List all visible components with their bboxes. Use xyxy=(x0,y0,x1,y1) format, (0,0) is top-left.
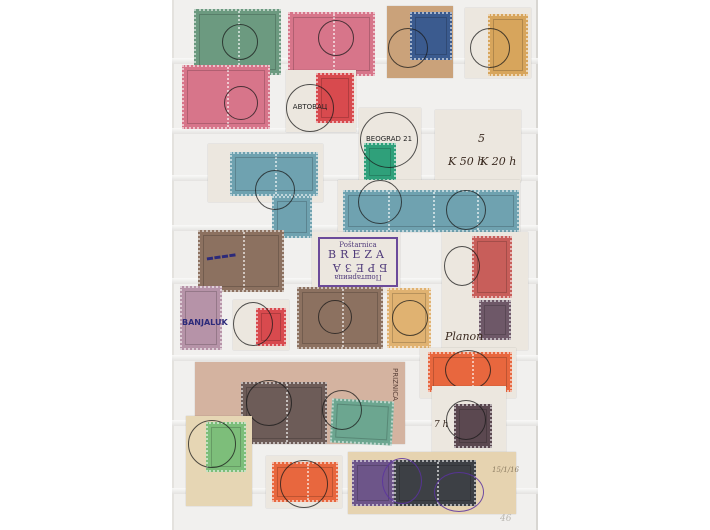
postmark xyxy=(392,300,428,336)
postmark xyxy=(446,190,486,230)
handwritten-value: 5 xyxy=(478,132,485,145)
breza-cachet: Poštarnica BREZA БРЕЗА Поштарница xyxy=(318,237,398,287)
postmark xyxy=(222,24,258,60)
postmark xyxy=(322,390,362,430)
postmark xyxy=(445,350,491,390)
handwritten-value: K 50 h xyxy=(448,155,484,168)
postmark-violet xyxy=(434,472,484,512)
page-number: 46 xyxy=(500,514,511,524)
postmark-dubrovnik xyxy=(280,460,328,508)
postmark-beograd: BEOGRAD 21 xyxy=(360,112,418,168)
cover-piece-postal-form xyxy=(435,110,521,182)
postmark xyxy=(318,300,352,334)
handwritten-value: K 20 h xyxy=(480,155,516,168)
handwritten-note: Planon xyxy=(445,330,483,343)
postmark xyxy=(318,20,354,56)
postmark xyxy=(388,28,428,68)
postmark-violet xyxy=(382,458,422,504)
overprint-banjaluk: BANJALUK xyxy=(182,318,228,327)
postmark-avtovac: АВТОВАЦ xyxy=(286,84,334,132)
stamp-purple-brown xyxy=(479,300,511,340)
postmark xyxy=(358,180,402,224)
postmark xyxy=(224,86,258,120)
postmark xyxy=(188,420,236,468)
postmark xyxy=(446,400,486,440)
postmark xyxy=(444,246,480,286)
priznica-label: PRIZNICA xyxy=(391,368,399,401)
postmark xyxy=(255,170,295,210)
postmark-banja-luka xyxy=(233,302,273,346)
postmark xyxy=(470,28,510,68)
postmark xyxy=(246,380,292,426)
handwritten-note: 15/1/16 xyxy=(492,466,519,474)
